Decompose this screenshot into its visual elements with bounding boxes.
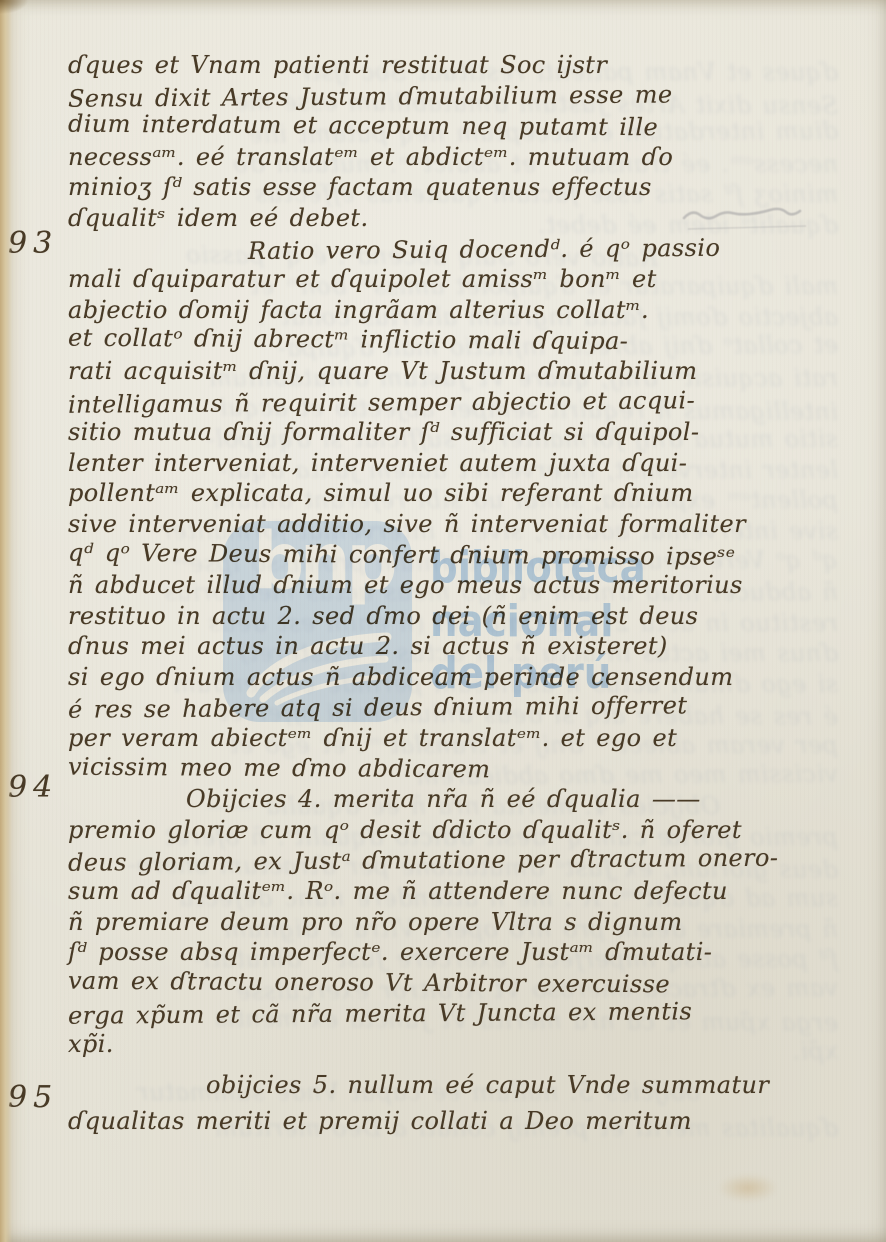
manuscript-line: obijcies 5. nullum eé caput Vnde summatu… xyxy=(206,1070,838,1101)
manuscript-page: 93 94 95 ɗques et Vnam patienti restitua… xyxy=(0,0,886,1242)
manuscript-line: intelligamus ñ requirit semper abjectio … xyxy=(68,384,838,420)
manuscript-line: mali ɗquiparatur et ɗquipolet amissᵐ bon… xyxy=(68,264,838,295)
manuscript-line: sive interveniat additio, sive ñ interve… xyxy=(68,509,838,540)
manuscript-line: per veram abiectᵉᵐ ɗnij et translatᵉᵐ. e… xyxy=(68,723,838,754)
manuscript-line: Ratio vero Suiq docendᵈ. é qᵒ passio xyxy=(248,232,838,267)
manuscript-line: premio gloriæ cum qᵒ desit ɗdicto ɗquali… xyxy=(68,815,838,846)
manuscript-line: lenter interveniat, interveniet autem ju… xyxy=(68,448,838,479)
margin-number: 93 xyxy=(8,226,58,261)
manuscript-line: minioʒ ſᵈ satis esse factam quatenus eff… xyxy=(68,172,838,203)
paper-stain xyxy=(718,1174,778,1202)
manuscript-line: ſᵈ posse absq imperfectᵉ. exercere Justᵃ… xyxy=(68,937,838,968)
manuscript-line: dium interdatum et acceptum neq putamt i… xyxy=(68,109,838,144)
manuscript-line: rati acquisitᵐ ɗnij, quare Vt Justum ɗmu… xyxy=(68,356,838,387)
manuscript-line: abjectio ɗomij facta ingrãam alterius co… xyxy=(68,295,838,326)
margin-number: 95 xyxy=(8,1080,58,1115)
manuscript-line: et collatᵒ ɗnij abrectᵐ inflictio mali ɗ… xyxy=(68,323,838,358)
manuscript-line: necessᵃᵐ. eé translatᵉᵐ et abdictᵉᵐ. mut… xyxy=(68,142,838,173)
page-gutter-edge xyxy=(0,0,12,1242)
manuscript-line: qᵈ qᵒ Vere Deus mihi confert ɗnium promi… xyxy=(68,537,838,572)
manuscript-line: restituo in actu 2. sed ɗmo dei (ñ enim … xyxy=(68,601,838,632)
manuscript-text-block: ɗques et Vnam patienti restituat Soc ijs… xyxy=(68,50,838,1137)
manuscript-line: ñ abducet illud ɗnium et ego meus actus … xyxy=(68,570,838,601)
manuscript-line: Obijcies 4. merita nr̃a ñ eé ɗqualia —— xyxy=(186,784,838,815)
manuscript-line: erga xp̃um et cã nr̃a merita Vt Juncta e… xyxy=(68,996,838,1032)
manuscript-line: si ego ɗnium actus ñ abdiceam perinde ce… xyxy=(68,662,838,693)
manuscript-line: vicissim meo me ɗmo abdicarem xyxy=(68,751,838,786)
manuscript-line: xp̃i. xyxy=(68,1029,838,1060)
manuscript-line: ɗqualitˢ idem eé debet. xyxy=(68,203,838,234)
manuscript-line: sum ad ɗqualitᵉᵐ. Rᵒ. me ñ attendere nun… xyxy=(68,876,838,907)
manuscript-line: deus gloriam, ex Justᵃ ɗmutatione per ɗt… xyxy=(68,843,838,879)
page-corner-shadow xyxy=(0,0,28,14)
manuscript-line: ɗques et Vnam patienti restituat Soc ijs… xyxy=(68,50,838,81)
margin-number: 94 xyxy=(8,770,58,805)
manuscript-line: sitio mutua ɗnij formaliter ſᵈ sufficiat… xyxy=(68,417,838,448)
manuscript-line: ɗnus mei actus in actu 2. si actus ñ exi… xyxy=(68,631,838,662)
manuscript-line: é res se habere atq si deus ɗnium mihi o… xyxy=(68,690,838,726)
manuscript-line: ñ premiare deum pro nr̃o opere Vltra s d… xyxy=(68,907,838,938)
manuscript-line: ɗqualitas meriti et premij collati a Deo… xyxy=(68,1106,838,1137)
manuscript-line: pollentᵃᵐ explicata, simul uo sibi refer… xyxy=(68,478,838,509)
